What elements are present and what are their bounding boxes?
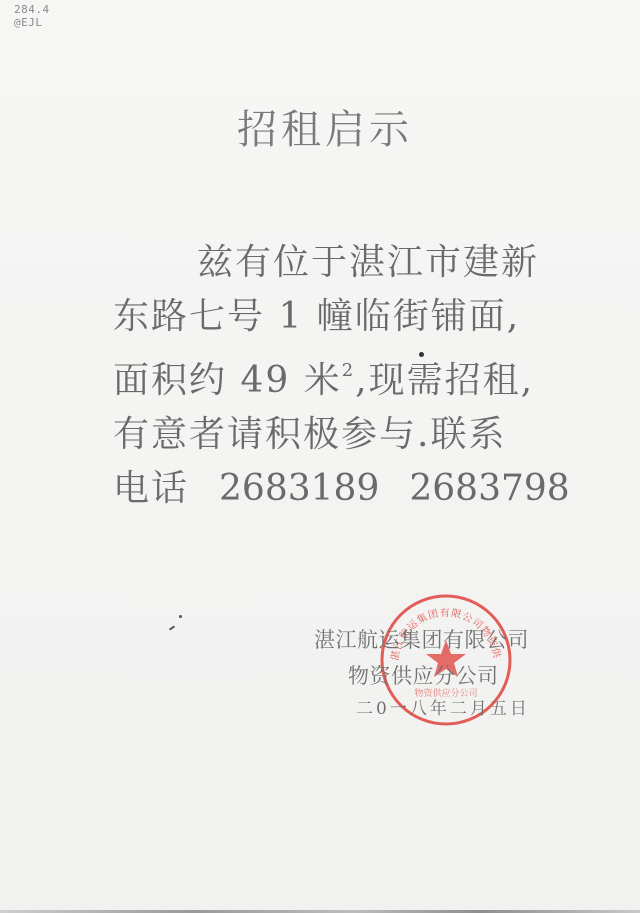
phone-number-1: 2683189 <box>219 468 379 509</box>
body-line-4: 有意者请积极参与.联系 <box>113 408 583 462</box>
body-line-3: 面积约 49 米2,现需招租, <box>113 344 583 408</box>
scan-code-line-2: @EJL <box>14 16 50 29</box>
body-line-2: 东路七号 1 幢临街铺面, <box>113 290 583 344</box>
body-line-1: 兹有位于湛江市建新 <box>113 236 583 290</box>
scan-code-line-1: 284.4 <box>14 3 50 16</box>
ink-dot <box>419 352 424 357</box>
body-line-3-tail: ,现需招租, <box>355 360 534 401</box>
signature-company: 湛江航运集团有限公司 <box>314 622 574 658</box>
area-text: 面积约 49 米 <box>113 360 342 401</box>
scan-code: 284.4 @EJL <box>14 3 50 29</box>
ink-speck <box>169 625 175 630</box>
signature-block: 湛江航运集团有限公司 物资供应分公司 二0一八年二月五日 <box>314 622 574 724</box>
phone-label: 电话 <box>113 468 189 509</box>
signature-branch: 物资供应分公司 <box>314 658 574 694</box>
signature-date: 二0一八年二月五日 <box>314 694 574 724</box>
area-superscript: 2 <box>342 360 355 381</box>
ink-speck <box>179 615 182 618</box>
document-page: 284.4 @EJL 招租启示 兹有位于湛江市建新 东路七号 1 幢临街铺面, … <box>0 0 640 913</box>
notice-body: 兹有位于湛江市建新 东路七号 1 幢临街铺面, 面积约 49 米2,现需招租, … <box>113 236 583 516</box>
notice-title: 招租启示 <box>237 106 413 154</box>
phone-number-2: 2683798 <box>409 468 569 509</box>
body-line-5: 电话26831892683798 <box>113 462 583 516</box>
